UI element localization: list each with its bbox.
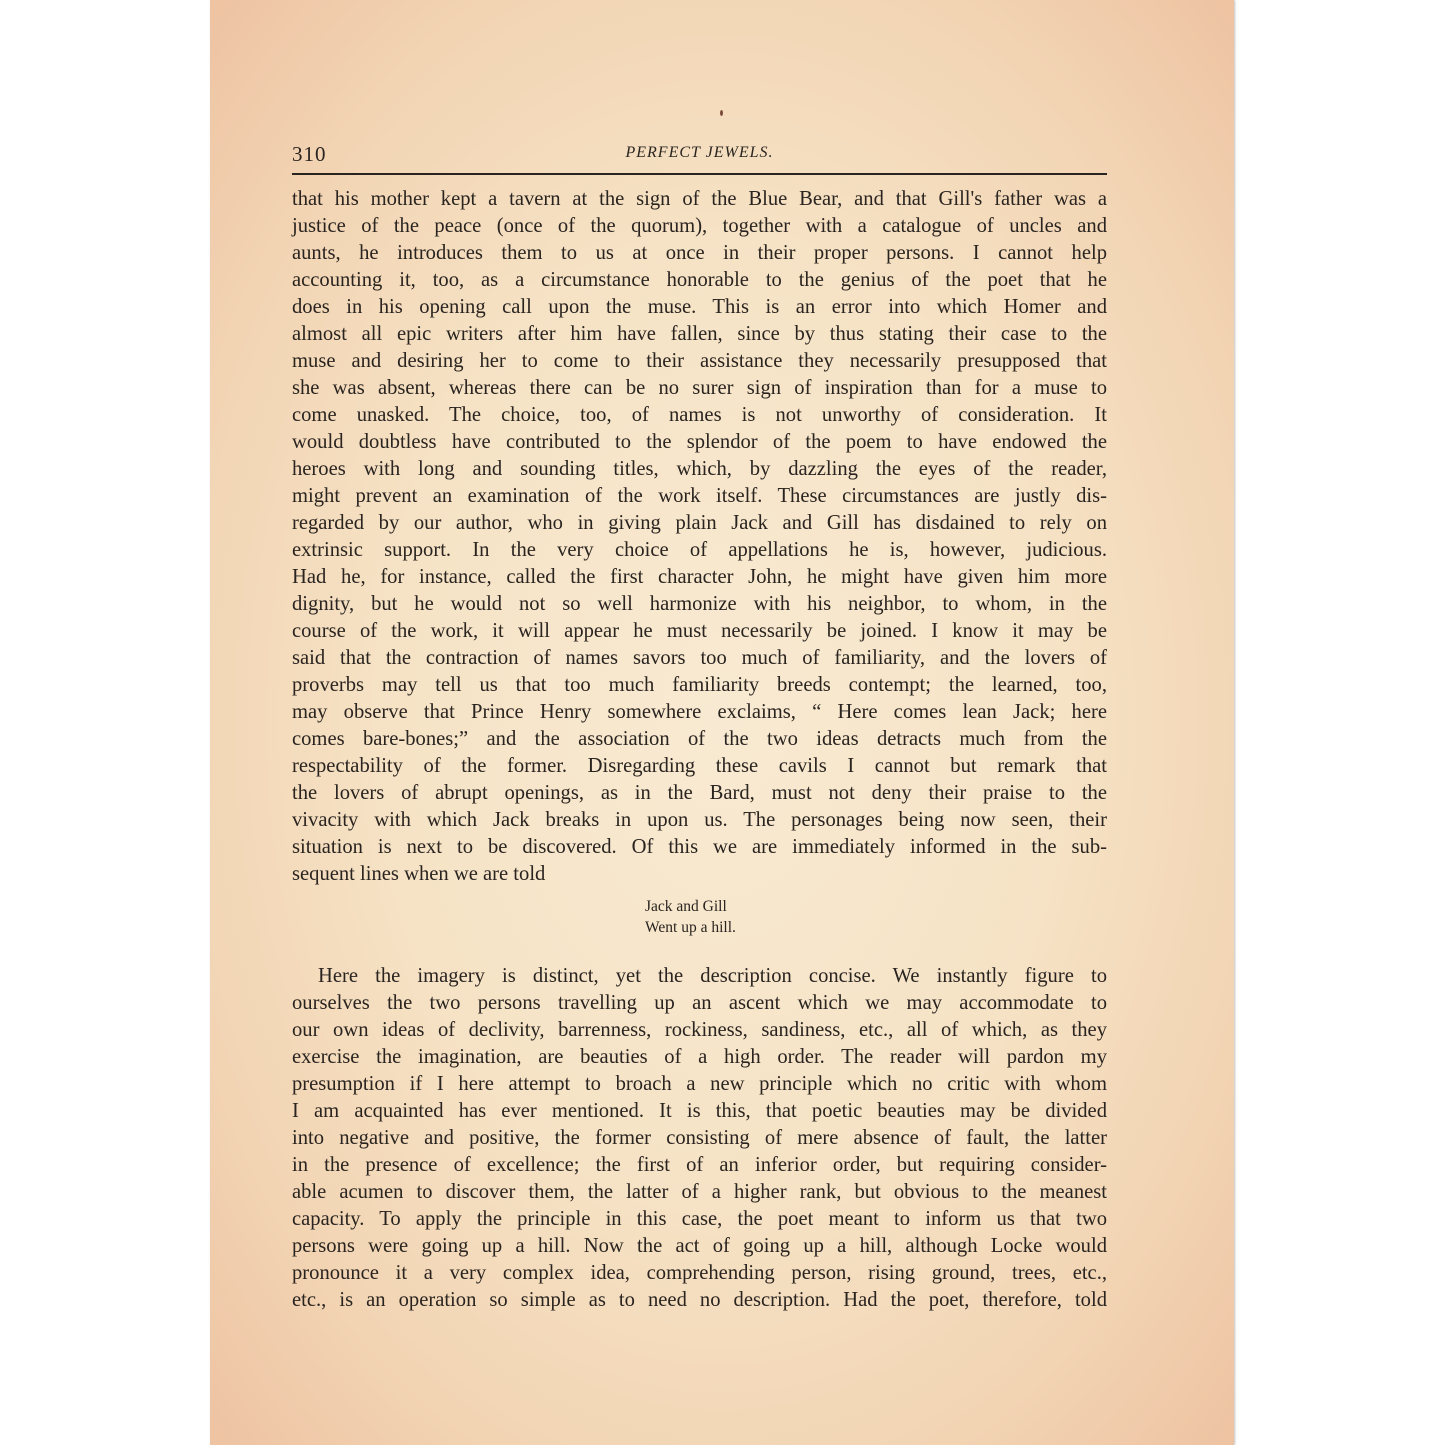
text-line: almost all epic writers after him have f… xyxy=(292,321,1107,348)
running-title: PERFECT JEWELS. xyxy=(292,144,1107,162)
text-line: does in his opening call upon the muse. … xyxy=(292,294,1107,321)
text-line: Had he, for instance, called the first c… xyxy=(292,564,1107,591)
text-line: I am acquainted has ever mentioned. It i… xyxy=(292,1098,1107,1125)
text-line: may observe that Prince Henry somewhere … xyxy=(292,699,1107,726)
text-line: etc., is an operation so simple as to ne… xyxy=(292,1287,1107,1314)
text-line: situation is next to be discovered. Of t… xyxy=(292,834,1107,861)
paragraph-2: Here the imagery is distinct, yet the de… xyxy=(292,963,1107,1314)
text-line: she was absent, whereas there can be no … xyxy=(292,375,1107,402)
paper-speck xyxy=(720,110,723,116)
text-line: capacity. To apply the principle in this… xyxy=(292,1206,1107,1233)
paragraph-1: that his mother kept a tavern at the sig… xyxy=(292,186,1107,888)
text-line: ourselves the two persons travelling up … xyxy=(292,990,1107,1017)
text-line: said that the contraction of names savor… xyxy=(292,645,1107,672)
text-line: able acumen to discover them, the latter… xyxy=(292,1179,1107,1206)
text-line: extrinsic support. In the very choice of… xyxy=(292,537,1107,564)
text-line: would doubtless have contributed to the … xyxy=(292,429,1107,456)
text-line: dignity, but he would not so well harmon… xyxy=(292,591,1107,618)
header-rule xyxy=(292,173,1107,175)
text-line: respectability of the former. Disregardi… xyxy=(292,753,1107,780)
text-line: pronounce it a very complex idea, compre… xyxy=(292,1260,1107,1287)
text-line: in the presence of excellence; the first… xyxy=(292,1152,1107,1179)
verse-line: Jack and Gill xyxy=(645,896,736,917)
text-line: heroes with long and sounding titles, wh… xyxy=(292,456,1107,483)
text-line: muse and desiring her to come to their a… xyxy=(292,348,1107,375)
running-head: 310 PERFECT JEWELS. xyxy=(292,140,1107,172)
text-line: vivacity with which Jack breaks in upon … xyxy=(292,807,1107,834)
text-line: that his mother kept a tavern at the sig… xyxy=(292,186,1107,213)
text-line: proverbs may tell us that too much famil… xyxy=(292,672,1107,699)
text-line: the lovers of abrupt openings, as in the… xyxy=(292,780,1107,807)
text-line: sequent lines when we are told xyxy=(292,861,1107,888)
text-line: regarded by our author, who in giving pl… xyxy=(292,510,1107,537)
text-line: comes bare-bones;” and the association o… xyxy=(292,726,1107,753)
text-line: Here the imagery is distinct, yet the de… xyxy=(292,963,1107,990)
text-line: course of the work, it will appear he mu… xyxy=(292,618,1107,645)
text-line: might prevent an examination of the work… xyxy=(292,483,1107,510)
text-line: exercise the imagination, are beauties o… xyxy=(292,1044,1107,1071)
text-line: our own ideas of declivity, barrenness, … xyxy=(292,1017,1107,1044)
verse-line: Went up a hill. xyxy=(645,917,736,938)
text-line: into negative and positive, the former c… xyxy=(292,1125,1107,1152)
verse-quotation: Jack and Gill Went up a hill. xyxy=(645,896,736,938)
text-line: aunts, he introduces them to us at once … xyxy=(292,240,1107,267)
text-line: justice of the peace (once of the quorum… xyxy=(292,213,1107,240)
text-line: presumption if I here attempt to broach … xyxy=(292,1071,1107,1098)
text-line: accounting it, too, as a circumstance ho… xyxy=(292,267,1107,294)
text-line: persons were going up a hill. Now the ac… xyxy=(292,1233,1107,1260)
text-line: come unasked. The choice, too, of names … xyxy=(292,402,1107,429)
book-page: 310 PERFECT JEWELS. that his mother kept… xyxy=(210,0,1234,1445)
